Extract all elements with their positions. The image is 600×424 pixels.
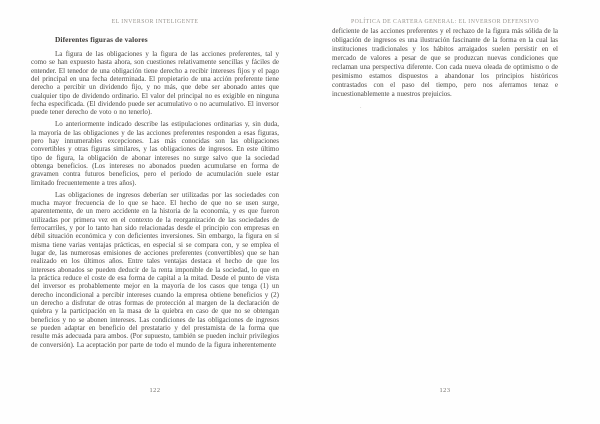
left-paragraph-2: Lo anteriormente indicado describe las e…	[31, 120, 279, 187]
footnote-mark: .	[360, 104, 362, 110]
left-paragraph-1: La figura de las obligaciones y la figur…	[31, 50, 279, 117]
book-spread: EL INVERSOR INTELIGENTE Diferentes figur…	[0, 0, 600, 424]
left-page-content: Diferentes figuras de valores La figura …	[31, 35, 279, 353]
right-page-number: 123	[332, 387, 558, 394]
left-page-number: 122	[31, 387, 279, 394]
section-heading: Diferentes figuras de valores	[31, 35, 279, 44]
left-running-header: EL INVERSOR INTELIGENTE	[11, 19, 299, 25]
right-running-header: POLÍTICA DE CARTERA GENERAL: EL INVERSOR…	[312, 19, 578, 25]
left-paragraph-3: Las obligaciones de ingresos deberían se…	[31, 191, 279, 350]
right-page-content: deficiente de las acciones preferentes y…	[332, 27, 558, 103]
right-page: POLÍTICA DE CARTERA GENERAL: EL INVERSOR…	[332, 0, 558, 424]
left-page: EL INVERSOR INTELIGENTE Diferentes figur…	[31, 0, 279, 424]
right-paragraph-1: deficiente de las acciones preferentes y…	[332, 27, 558, 99]
